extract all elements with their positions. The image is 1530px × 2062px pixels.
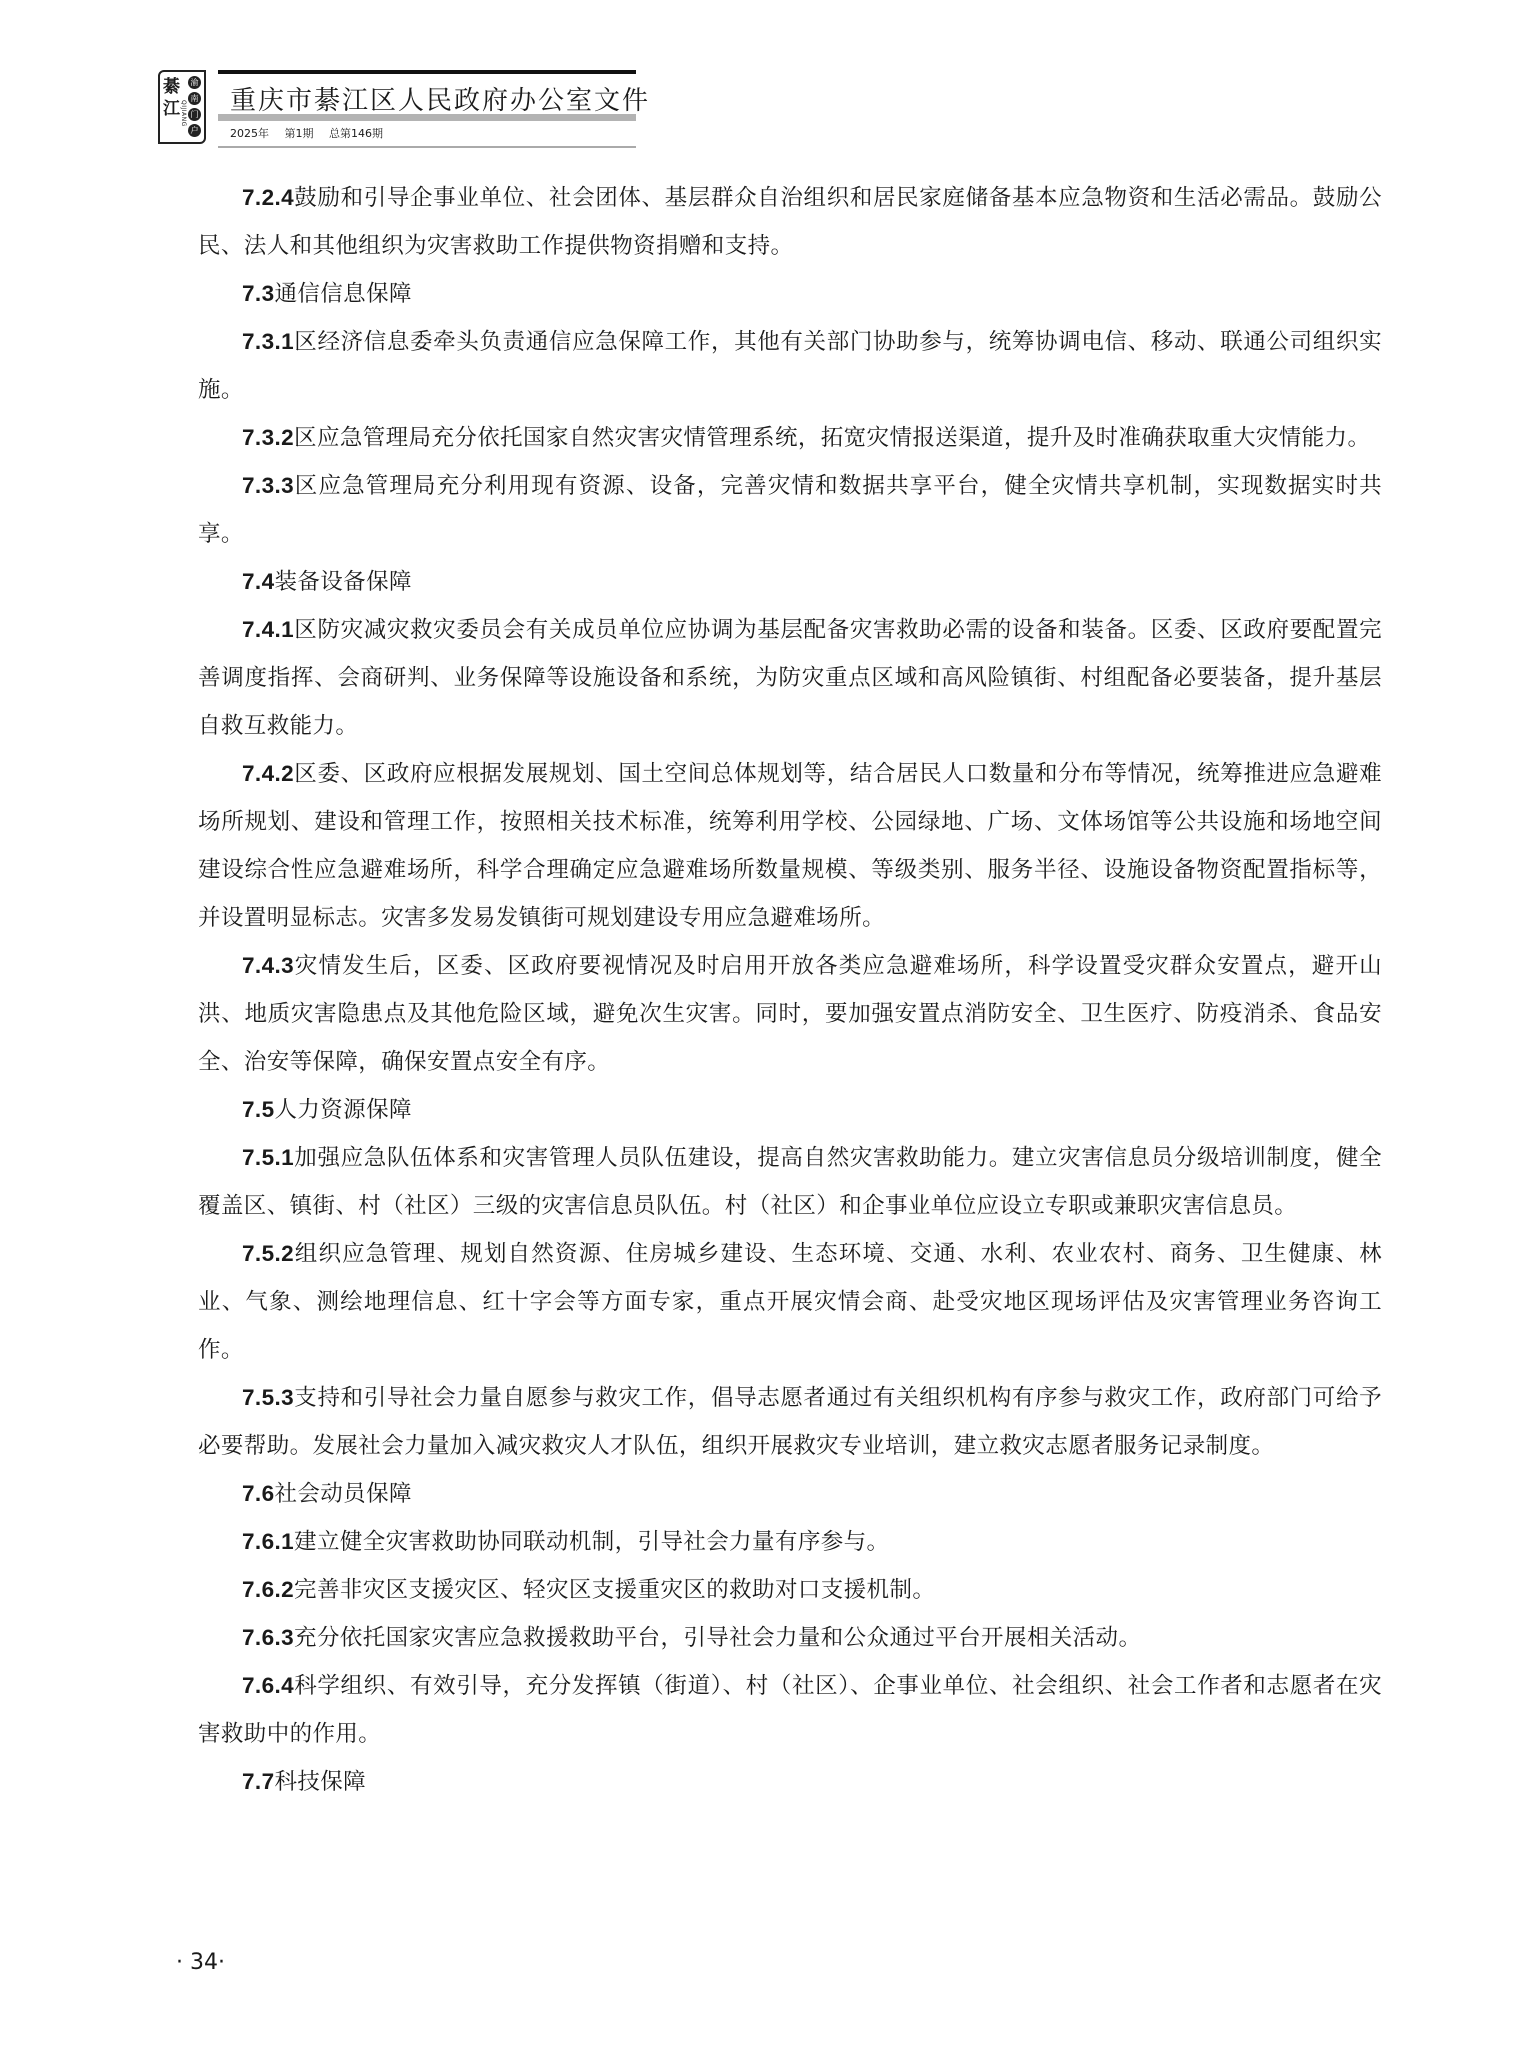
section-number: 7.5.2: [242, 1241, 294, 1266]
section-number: 7.6.2: [242, 1577, 294, 1602]
section-number: 7.5.3: [242, 1385, 294, 1410]
paragraph-text: 充分依托国家灾害应急救援救助平台，引导社会力量和公众通过平台开展相关活动。: [294, 1625, 1141, 1651]
section-number: 7.5: [242, 1097, 274, 1122]
paragraph-text: 区应急管理局充分利用现有资源、设备，完善灾情和数据共享平台，健全灾情共享机制，实…: [198, 473, 1382, 547]
logo-main-text: 綦江: [163, 76, 181, 120]
issue-info: 2025年 第1期 总第146期: [230, 125, 395, 141]
paragraph-text: 支持和引导社会力量自愿参与救灾工作，倡导志愿者通过有关组织机构有序参与救灾工作，…: [198, 1385, 1382, 1459]
paragraph-text: 科学组织、有效引导，充分发挥镇（街道）、村（社区）、企事业单位、社会组织、社会工…: [198, 1673, 1382, 1747]
section-number: 7.3: [242, 281, 274, 306]
section-number: 7.3.3: [242, 473, 294, 498]
section-number: 7.4.3: [242, 953, 294, 978]
paragraph-text: 科技保障: [274, 1769, 366, 1795]
paragraph-text: 鼓励和引导企事业单位、社会团体、基层群众自治组织和居民家庭储备基本应急物资和生活…: [198, 185, 1382, 259]
header-top-rule: [218, 70, 636, 74]
paragraph-text: 区委、区政府应根据发展规划、国土空间总体规划等，结合居民人口数量和分布等情况，统…: [198, 761, 1382, 931]
paragraph-text: 灾情发生后，区委、区政府要视情况及时启用开放各类应急避难场所，科学设置受灾群众安…: [198, 953, 1382, 1075]
paragraph-7-4-2: 7.4.2区委、区政府应根据发展规划、国土空间总体规划等，结合居民人口数量和分布…: [198, 750, 1382, 942]
logo-circle-glyphs: 渝 南 门 户: [188, 76, 202, 140]
paragraph-7-3-2: 7.3.2区应急管理局充分依托国家自然灾害灾情管理系统，拓宽灾情报送渠道，提升及…: [198, 414, 1382, 462]
paragraph-text: 人力资源保障: [274, 1097, 411, 1123]
section-number: 7.7: [242, 1769, 274, 1794]
paragraph-text: 社会动员保障: [274, 1481, 411, 1507]
paragraph-7-3: 7.3通信信息保障: [198, 270, 1382, 318]
paragraph-7-6-4: 7.6.4科学组织、有效引导，充分发挥镇（街道）、村（社区）、企事业单位、社会组…: [198, 1662, 1382, 1758]
paragraph-7-6-1: 7.6.1建立健全灾害救助协同联动机制，引导社会力量有序参与。: [198, 1518, 1382, 1566]
section-number: 7.4.2: [242, 761, 294, 786]
section-number: 7.6: [242, 1481, 274, 1506]
paragraph-7-3-1: 7.3.1区经济信息委牵头负责通信应急保障工作，其他有关部门协助参与，统筹协调电…: [198, 318, 1382, 414]
paragraph-7-7: 7.7科技保障: [198, 1758, 1382, 1806]
section-number: 7.5.1: [242, 1145, 294, 1170]
logo-circle-2: 南: [188, 92, 201, 105]
paragraph-7-5: 7.5人力资源保障: [198, 1086, 1382, 1134]
paragraph-7-6-2: 7.6.2完善非灾区支援灾区、轻灾区支援重灾区的救助对口支援机制。: [198, 1566, 1382, 1614]
section-number: 7.4.1: [242, 617, 294, 642]
issue-number: 第1期: [285, 127, 314, 140]
paragraph-text: 组织应急管理、规划自然资源、住房城乡建设、生态环境、交通、水利、农业农村、商务、…: [198, 1241, 1382, 1363]
paragraph-text: 完善非灾区支援灾区、轻灾区支援重灾区的救助对口支援机制。: [294, 1577, 935, 1603]
document-header: 綦江 QIJIANG 渝 南 门 户 重庆市綦江区人民政府办公室文件 2025年…: [158, 70, 636, 148]
issue-total: 总第146期: [329, 127, 383, 140]
issue-year: 2025年: [230, 127, 269, 140]
section-number: 7.3.2: [242, 425, 294, 450]
qijiang-logo: 綦江 QIJIANG 渝 南 门 户: [158, 70, 206, 144]
logo-english-text: QIJIANG: [180, 100, 187, 127]
paragraph-text: 装备设备保障: [274, 569, 411, 595]
paragraph-text: 通信信息保障: [274, 281, 411, 307]
section-number: 7.2.4: [242, 185, 294, 210]
paragraph-text: 区应急管理局充分依托国家自然灾害灾情管理系统，拓宽灾情报送渠道，提升及时准确获取…: [294, 425, 1370, 451]
paragraph-7-3-3: 7.3.3区应急管理局充分利用现有资源、设备，完善灾情和数据共享平台，健全灾情共…: [198, 462, 1382, 558]
section-number: 7.4: [242, 569, 274, 594]
paragraph-7-4: 7.4装备设备保障: [198, 558, 1382, 606]
section-number: 7.6.4: [242, 1673, 294, 1698]
header-gray-band: [218, 114, 636, 121]
paragraph-text: 区经济信息委牵头负责通信应急保障工作，其他有关部门协助参与，统筹协调电信、移动、…: [198, 329, 1382, 403]
logo-circle-4: 户: [188, 124, 201, 137]
publication-title: 重庆市綦江区人民政府办公室文件: [230, 80, 650, 117]
document-body: 7.2.4鼓励和引导企事业单位、社会团体、基层群众自治组织和居民家庭储备基本应急…: [198, 174, 1382, 1806]
paragraph-7-4-3: 7.4.3灾情发生后，区委、区政府要视情况及时启用开放各类应急避难场所，科学设置…: [198, 942, 1382, 1086]
paragraph-7-5-1: 7.5.1加强应急队伍体系和灾害管理人员队伍建设，提高自然灾害救助能力。建立灾害…: [198, 1134, 1382, 1230]
paragraph-7-5-3: 7.5.3支持和引导社会力量自愿参与救灾工作，倡导志愿者通过有关组织机构有序参与…: [198, 1374, 1382, 1470]
paragraph-7-5-2: 7.5.2组织应急管理、规划自然资源、住房城乡建设、生态环境、交通、水利、农业农…: [198, 1230, 1382, 1374]
section-number: 7.3.1: [242, 329, 294, 354]
header-bottom-rule: [218, 146, 636, 148]
paragraph-text: 区防灾减灾救灾委员会有关成员单位应协调为基层配备灾害救助必需的设备和装备。区委、…: [198, 617, 1382, 739]
section-number: 7.6.1: [242, 1529, 294, 1554]
paragraph-text: 建立健全灾害救助协同联动机制，引导社会力量有序参与。: [294, 1529, 889, 1555]
paragraph-7-2-4: 7.2.4鼓励和引导企事业单位、社会团体、基层群众自治组织和居民家庭储备基本应急…: [198, 174, 1382, 270]
page-number: · 34·: [176, 1950, 225, 1975]
paragraph-7-6: 7.6社会动员保障: [198, 1470, 1382, 1518]
logo-circle-1: 渝: [188, 76, 201, 89]
paragraph-7-6-3: 7.6.3充分依托国家灾害应急救援救助平台，引导社会力量和公众通过平台开展相关活…: [198, 1614, 1382, 1662]
paragraph-7-4-1: 7.4.1区防灾减灾救灾委员会有关成员单位应协调为基层配备灾害救助必需的设备和装…: [198, 606, 1382, 750]
logo-circle-3: 门: [188, 108, 201, 121]
section-number: 7.6.3: [242, 1625, 294, 1650]
paragraph-text: 加强应急队伍体系和灾害管理人员队伍建设，提高自然灾害救助能力。建立灾害信息员分级…: [198, 1145, 1382, 1219]
